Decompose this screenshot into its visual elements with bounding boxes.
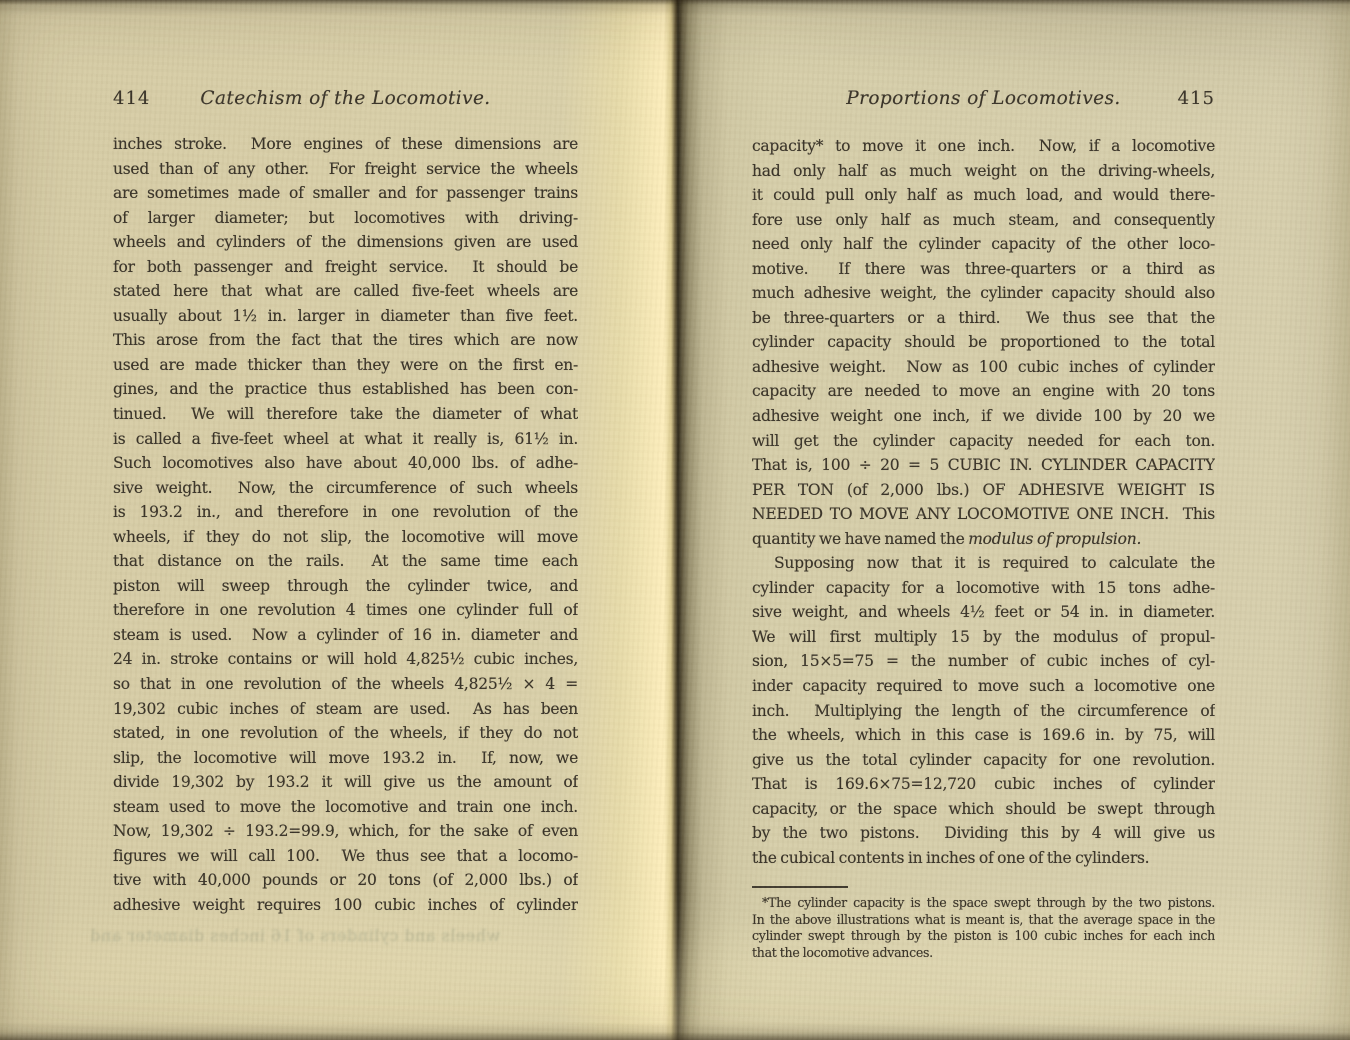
- text-line: That is, 100 ÷ 20 = 5 CUBIC IN. CYLINDER…: [752, 453, 1215, 478]
- text-line: that the locomotive advances.: [752, 945, 1215, 962]
- footnote-rule: [752, 886, 848, 888]
- text-line: Supposing now that it is required to cal…: [752, 551, 1215, 576]
- text-line: cylinder swept through by the piston is …: [752, 928, 1215, 945]
- footnote-text: *The cylinder capacity is the space swep…: [752, 895, 1215, 961]
- text-line: adhesive weight. Now as 100 cubic inches…: [752, 355, 1215, 380]
- text-line: NEEDED TO MOVE ANY LOCOMOTIVE ONE INCH. …: [752, 502, 1215, 527]
- text-line: capacity, or the space which should be s…: [752, 797, 1215, 822]
- text-line: divide 19,302 by 193.2 it will give us t…: [113, 770, 578, 795]
- text-line: so that in one revolution of the wheels …: [113, 672, 578, 697]
- text-line: used are made thicker than they were on …: [113, 353, 578, 378]
- text-line: are sometimes made of smaller and for pa…: [113, 181, 578, 206]
- text-line: of larger diameter; but locomotives with…: [113, 206, 578, 231]
- left-page-text: inches stroke. More engines of these dim…: [113, 132, 578, 918]
- text-line: capacity are needed to move an engine wi…: [752, 379, 1215, 404]
- text-line: slip, the locomotive will move 193.2 in.…: [113, 746, 578, 771]
- book-spread: 414 Catechism of the Locomotive. inches …: [0, 0, 1350, 1040]
- text-line: sion, 15×5=75 = the number of cubic inch…: [752, 649, 1215, 674]
- text-line: usually about 1½ in. larger in diameter …: [113, 304, 578, 329]
- text-line: sive weight, and wheels 4½ feet or 54 in…: [752, 600, 1215, 625]
- text-line: This arose from the fact that the tires …: [113, 328, 578, 353]
- text-line: that distance on the rails. At the same …: [113, 549, 578, 574]
- text-line: is 193.2 in., and therefore in one revol…: [113, 500, 578, 525]
- text-line: therefore in one revolution 4 times one …: [113, 598, 578, 623]
- page-number-right: 415: [1178, 88, 1215, 109]
- text-line: will get the cylinder capacity needed fo…: [752, 429, 1215, 454]
- text-line: 24 in. stroke contains or will hold 4,82…: [113, 647, 578, 672]
- showthrough-text: wheels and cylinders of 16 inches diamet…: [35, 924, 555, 948]
- text-line: 19,302 cubic inches of steam are used. A…: [113, 697, 578, 722]
- text-line: motive. If there was three-quarters or a…: [752, 257, 1215, 282]
- text-line: tinued. We will therefore take the diame…: [113, 402, 578, 427]
- text-line: figures we will call 100. We thus see th…: [113, 844, 578, 869]
- text-line: used than of any other. For freight serv…: [113, 157, 578, 182]
- text-line: In the above illustrations what is meant…: [752, 912, 1215, 929]
- text-line: *The cylinder capacity is the space swep…: [752, 895, 1215, 912]
- right-page: Proportions of Locomotives. 415 capacity…: [676, 0, 1350, 1040]
- text-line: capacity* to move it one inch. Now, if a…: [752, 134, 1215, 159]
- running-title-right: Proportions of Locomotives.: [752, 88, 1215, 109]
- text-line: wheels, if they do not slip, the locomot…: [113, 525, 578, 550]
- text-line: adhesive weight requires 100 cubic inche…: [113, 893, 578, 918]
- running-title-left: Catechism of the Locomotive.: [113, 88, 578, 109]
- text-line: Such locomotives also have about 40,000 …: [113, 451, 578, 476]
- text-line: steam is used. Now a cylinder of 16 in. …: [113, 623, 578, 648]
- text-line: quantity we have named the modulus of pr…: [752, 527, 1215, 552]
- text-line: need only half the cylinder capacity of …: [752, 232, 1215, 257]
- text-line: give us the total cylinder capacity for …: [752, 748, 1215, 773]
- text-line: piston will sweep through the cylinder t…: [113, 574, 578, 599]
- text-line: PER TON (of 2,000 lbs.) OF ADHESIVE WEIG…: [752, 478, 1215, 503]
- text-line: tive with 40,000 pounds or 20 tons (of 2…: [113, 868, 578, 893]
- text-line: fore use only half as much steam, and co…: [752, 208, 1215, 233]
- text-line: gines, and the practice thus established…: [113, 377, 578, 402]
- text-line: stated, in one revolution of the wheels,…: [113, 721, 578, 746]
- text-line: by the two pistons. Dividing this by 4 w…: [752, 821, 1215, 846]
- text-line: cylinder capacity for a locomotive with …: [752, 576, 1215, 601]
- text-line: cylinder capacity should be proportioned…: [752, 330, 1215, 355]
- text-line: stated here that what are called five-fe…: [113, 279, 578, 304]
- text-line: We will first multiply 15 by the modulus…: [752, 625, 1215, 650]
- text-line: the wheels, which in this case is 169.6 …: [752, 723, 1215, 748]
- text-line: inder capacity required to move such a l…: [752, 674, 1215, 699]
- right-page-header: Proportions of Locomotives. 415: [752, 88, 1215, 114]
- text-line: inch. Multiplying the length of the circ…: [752, 699, 1215, 724]
- text-line: That is 169.6×75=12,720 cubic inches of …: [752, 772, 1215, 797]
- left-page-header: 414 Catechism of the Locomotive.: [113, 88, 578, 114]
- text-line: be three-quarters or a third. We thus se…: [752, 306, 1215, 331]
- text-line: it could pull only half as much load, an…: [752, 183, 1215, 208]
- text-line: inches stroke. More engines of these dim…: [113, 132, 578, 157]
- text-line: wheels and cylinders of the dimensions g…: [113, 230, 578, 255]
- text-line: Now, 19,302 ÷ 193.2=99.9, which, for the…: [113, 819, 578, 844]
- left-page: 414 Catechism of the Locomotive. inches …: [0, 0, 676, 1040]
- text-line: steam used to move the locomotive and tr…: [113, 795, 578, 820]
- text-line: adhesive weight one inch, if we divide 1…: [752, 404, 1215, 429]
- text-line: had only half as much weight on the driv…: [752, 159, 1215, 184]
- text-line: is called a five-feet wheel at what it r…: [113, 427, 578, 452]
- right-page-text: capacity* to move it one inch. Now, if a…: [752, 134, 1215, 870]
- text-line: for both passenger and freight service. …: [113, 255, 578, 280]
- text-line: much adhesive weight, the cylinder capac…: [752, 281, 1215, 306]
- text-line: the cubical contents in inches of one of…: [752, 846, 1215, 871]
- text-line: sive weight. Now, the circumference of s…: [113, 476, 578, 501]
